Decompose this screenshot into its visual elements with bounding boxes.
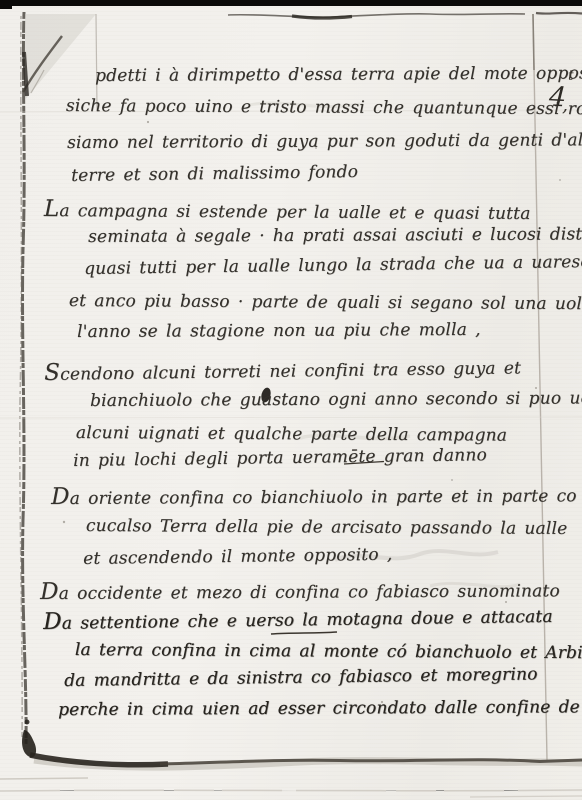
manuscript-line: siche fa poco uino e tristo massi che qu…: [66, 96, 582, 119]
margin-mark-t: t: [568, 68, 574, 84]
manuscript-line: la terra confina in cima al monte có bia…: [75, 640, 582, 663]
margin-mark-comma: ,: [562, 94, 568, 116]
manuscript-line: pdetti i à dirimpetto d'essa terra apie …: [95, 63, 582, 86]
manuscript-line: seminata à segale · ha prati assai asciu…: [88, 224, 582, 247]
manuscript-line: et ascendendo il monte opposito ,: [83, 545, 393, 569]
manuscript-line: bianchiuolo che guastano ogni anno secon…: [90, 388, 582, 411]
scanned-page: pdetti i à dirimpetto d'essa terra apie …: [0, 0, 582, 800]
manuscript-line: terre et son di malissimo fondo: [71, 162, 358, 186]
manuscript-line: alcuni uignati et qualche parte della ca…: [76, 423, 507, 446]
manuscript-line: et anco piu basso · parte de quali si se…: [69, 291, 582, 314]
manuscript-line: da mandritta e da sinistra co fabiasco e…: [64, 664, 538, 691]
manuscript-line: quasi tutti per la ualle lungo la strada…: [84, 252, 582, 279]
manuscript-line: siamo nel territorio di guya pur son god…: [67, 130, 582, 153]
manuscript-line: La campagna si estende per la ualle et e…: [44, 196, 531, 225]
manuscript-line: Da settentione che e uerso la motagna do…: [43, 602, 553, 635]
manuscript-line: Scendono alcuni torreti nei confini tra …: [44, 353, 521, 386]
manuscript-line: in piu lochi degli porta ueramēte gran d…: [73, 445, 487, 471]
manuscript-line: perche in cima uien ad esser circondato …: [58, 697, 580, 720]
manuscript-text: pdetti i à dirimpetto d'essa terra apie …: [0, 0, 582, 800]
manuscript-line: l'anno se la stagione non ua piu che mol…: [77, 320, 481, 342]
manuscript-line: Da oriente confina co bianchiuolo in par…: [51, 481, 577, 510]
manuscript-line: Da occidente et mezo di confina co fabia…: [40, 576, 560, 605]
manuscript-line: cucalso Terra della pie de arcisato pass…: [86, 516, 568, 539]
